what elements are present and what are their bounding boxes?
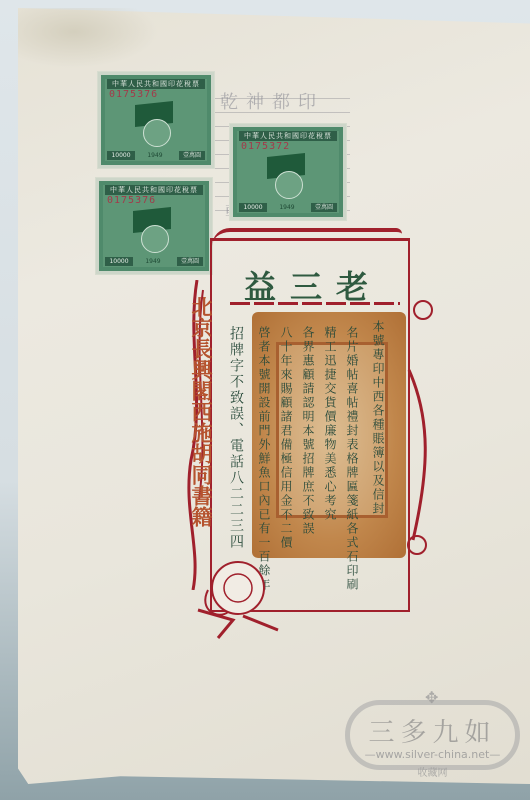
globe-icon	[141, 225, 169, 253]
chinese-knot-icon: ✥	[425, 688, 438, 707]
site-watermark: ✥ 三多九如 —www.silver-china.net— 收藏网	[345, 690, 520, 780]
stamp-year: 1949	[141, 151, 169, 160]
title-divider	[230, 302, 400, 305]
stamp-year: 1949	[273, 203, 301, 212]
watermark-subtitle: 收藏网	[345, 764, 520, 779]
paper-tear-stain	[18, 8, 158, 68]
cancellation-mark-top: 乾神都印	[220, 88, 324, 114]
globe-icon	[143, 119, 171, 147]
stamp-serial: 0175376	[107, 195, 156, 206]
body-column-3: 精工迅捷交貨價廉物美悉心考究	[320, 326, 340, 596]
watermark-title: 三多九如	[345, 712, 520, 749]
stamp-value: 10000	[107, 151, 135, 160]
stamp-denomination: 壹萬圓	[179, 151, 205, 160]
body-column-1: 本號專印中西各種賬簿以及信封	[368, 320, 388, 590]
stamp-denomination: 壹萬圓	[177, 257, 203, 266]
watermark-url: —www.silver-china.net—	[345, 748, 520, 761]
stamp-serial: 0175372	[241, 141, 290, 152]
revenue-stamp-2: 中華人民共和國印花稅票 0175372 10000 1949 壹萬圓	[230, 124, 346, 220]
revenue-stamp-3: 中華人民共和國印花稅票 0175376 10000 1949 壹萬圓	[96, 178, 212, 274]
address-column: 北京長興閣西施胡同書籍	[186, 296, 216, 546]
body-column-2: 名片婚帖喜帖禮封表格牌匾箋紙各式石印刷	[342, 326, 362, 596]
peony-flower-icon	[188, 550, 288, 640]
body-column-4: 各界惠顧請認明本號招牌庶不致誤	[298, 326, 318, 596]
stamp-denomination: 壹萬圓	[311, 203, 337, 212]
stamp-header: 中華人民共和國印花稅票	[107, 79, 205, 89]
stamp-year: 1949	[139, 257, 167, 266]
stamp-serial: 0175376	[109, 89, 158, 100]
revenue-stamp-1: 中華人民共和國印花稅票 0175376 10000 1949 壹萬圓	[98, 72, 214, 168]
stamp-value: 10000	[239, 203, 267, 212]
stamp-header: 中華人民共和國印花稅票	[105, 185, 203, 195]
stamp-header: 中華人民共和國印花稅票	[239, 131, 337, 141]
globe-icon	[275, 171, 303, 199]
branch-right-icon	[405, 290, 435, 570]
phone-column: 招牌字不致誤、電話八二二三四	[226, 326, 245, 556]
stamp-value: 10000	[105, 257, 133, 266]
